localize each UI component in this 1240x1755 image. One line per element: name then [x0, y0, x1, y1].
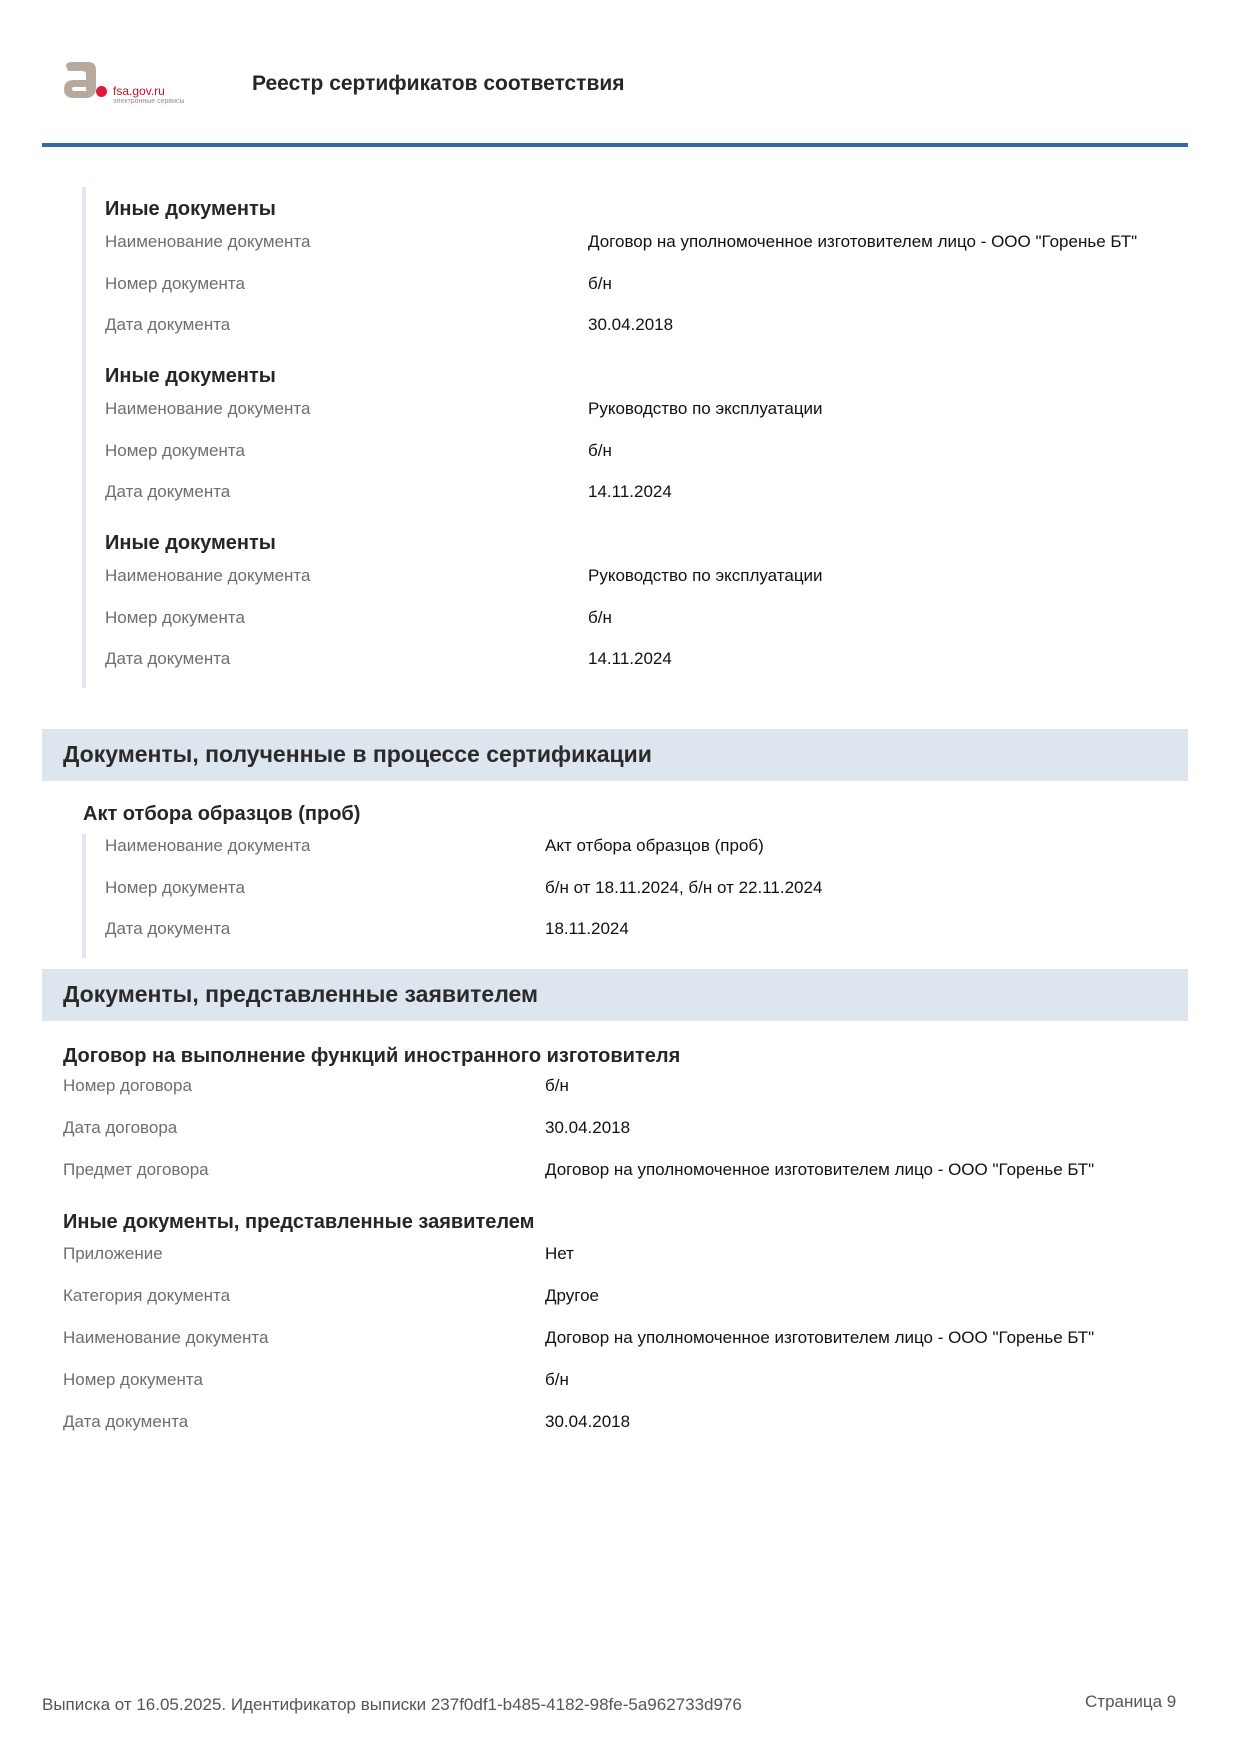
subsection-heading: Договор на выполнение функций иностранно…	[63, 1045, 680, 1068]
field-value: б/н	[588, 608, 612, 628]
document-title: Реестр сертификатов соответствия	[252, 72, 625, 96]
section-title: Документы, полученные в процессе сертифи…	[63, 741, 652, 768]
logo-site-text: fsa.gov.ru	[113, 84, 165, 98]
field-value: б/н	[588, 274, 612, 294]
field-label: Номер документа	[105, 441, 245, 461]
field-value: 30.04.2018	[545, 1118, 630, 1138]
field-label: Дата документа	[63, 1412, 188, 1432]
group-heading: Иные документы	[105, 532, 276, 555]
field-label: Номер документа	[105, 274, 245, 294]
field-label: Приложение	[63, 1244, 163, 1264]
field-value: Нет	[545, 1244, 574, 1264]
logo-subtitle: электронные сервисы	[113, 98, 185, 105]
header-divider	[42, 143, 1188, 147]
section-indent-bar	[82, 187, 86, 688]
field-value: Другое	[545, 1286, 599, 1306]
field-value: Договор на уполномоченное изготовителем …	[545, 1328, 1094, 1348]
subsection-heading: Иные документы, представленные заявителе…	[63, 1211, 534, 1234]
group-heading: Иные документы	[105, 198, 276, 221]
section-header-applicant-docs: Документы, представленные заявителем	[42, 969, 1188, 1021]
field-value: 30.04.2018	[545, 1412, 630, 1432]
field-value: Договор на уполномоченное изготовителем …	[588, 232, 1137, 252]
field-value: Руководство по эксплуатации	[588, 399, 823, 419]
field-value: 14.11.2024	[588, 649, 672, 669]
footer-page-number: Страница 9	[1085, 1692, 1176, 1712]
field-label: Номер документа	[63, 1370, 203, 1390]
field-label: Категория документа	[63, 1286, 230, 1306]
field-label: Дата документа	[105, 649, 230, 669]
field-label: Наименование документа	[105, 836, 310, 856]
field-value: 18.11.2024	[545, 919, 629, 939]
field-value: Договор на уполномоченное изготовителем …	[545, 1160, 1094, 1180]
field-label: Наименование документа	[63, 1328, 268, 1348]
field-value: 14.11.2024	[588, 482, 672, 502]
footer-extract-id: Выписка от 16.05.2025. Идентификатор вып…	[42, 1695, 742, 1715]
field-label: Номер документа	[105, 608, 245, 628]
field-label: Наименование документа	[105, 232, 310, 252]
field-value: 30.04.2018	[588, 315, 673, 335]
section-indent-bar	[82, 834, 86, 958]
section-header-certification-docs: Документы, полученные в процессе сертифи…	[42, 729, 1188, 781]
field-value: б/н	[588, 441, 612, 461]
field-value: б/н	[545, 1370, 569, 1390]
group-heading: Иные документы	[105, 365, 276, 388]
field-label: Дата документа	[105, 482, 230, 502]
field-value: Акт отбора образцов (проб)	[545, 836, 764, 856]
field-label: Номер документа	[105, 878, 245, 898]
field-label: Дата документа	[105, 315, 230, 335]
fsa-logo-icon	[60, 60, 100, 100]
field-label: Номер договора	[63, 1076, 192, 1096]
field-label: Дата документа	[105, 919, 230, 939]
field-value: б/н от 18.11.2024, б/н от 22.11.2024	[545, 878, 822, 898]
logo-dot	[96, 86, 107, 97]
field-label: Наименование документа	[105, 399, 310, 419]
field-label: Наименование документа	[105, 566, 310, 586]
subsection-heading: Акт отбора образцов (проб)	[83, 803, 360, 826]
field-value: б/н	[545, 1076, 569, 1096]
section-title: Документы, представленные заявителем	[63, 981, 538, 1008]
field-label: Дата договора	[63, 1118, 177, 1138]
field-label: Предмет договора	[63, 1160, 209, 1180]
field-value: Руководство по эксплуатации	[588, 566, 823, 586]
